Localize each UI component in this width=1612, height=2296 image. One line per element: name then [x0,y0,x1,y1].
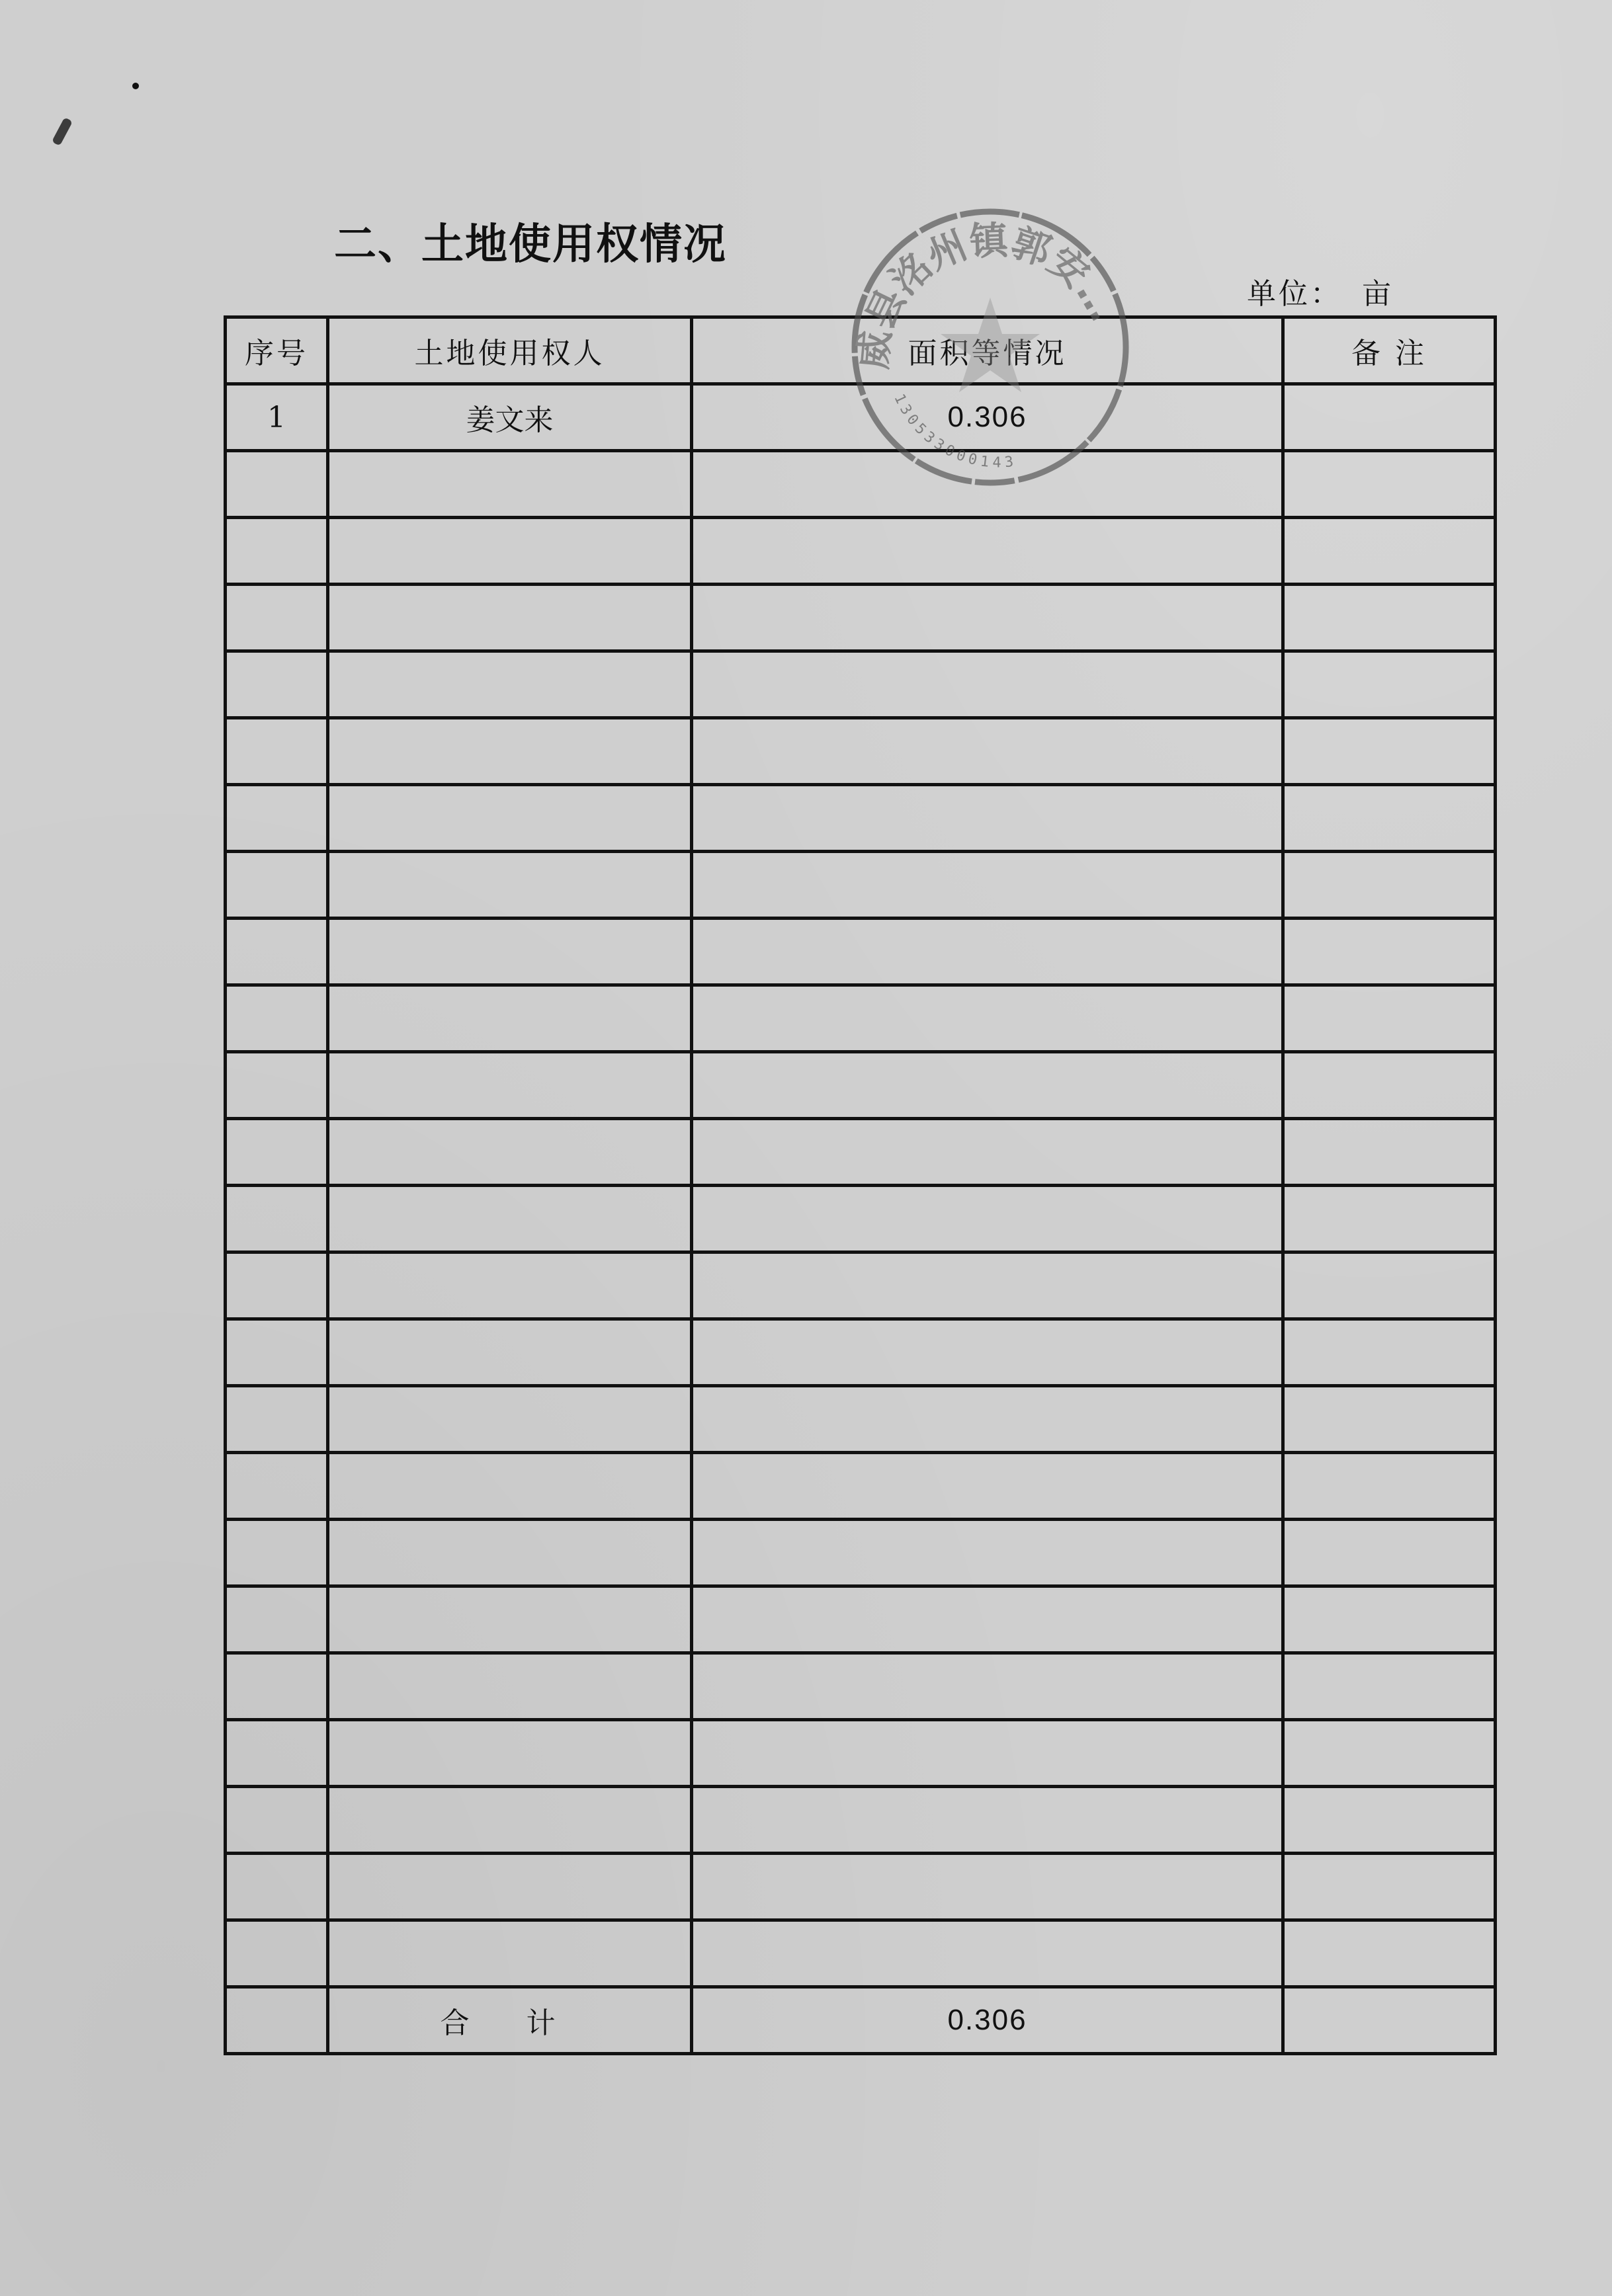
cell-holder [328,585,692,651]
cell-remark [1283,651,1496,718]
cell-index [226,1119,328,1186]
cell-area [692,451,1283,518]
cell-holder [328,1386,692,1453]
cell-holder [328,718,692,785]
cell-area [692,1720,1283,1787]
cell-index [226,1987,328,2054]
table-row-empty [226,1186,1496,1252]
header-remark: 备 注 [1283,317,1496,384]
cell-index: 1 [226,384,328,451]
cell-remark [1283,718,1496,785]
cell-area [692,1520,1283,1586]
cell-index [226,1586,328,1653]
cell-remark [1283,1586,1496,1653]
table-row-empty [226,518,1496,585]
table-row-empty [226,1453,1496,1520]
land-use-table: 序号 土地使用权人 面积等情况 备 注 1 姜文来 0.306 合 计 0.30… [224,315,1494,2051]
cell-holder [328,1787,692,1854]
pen-mark [52,117,73,146]
cell-area [692,718,1283,785]
cell-area [692,1920,1283,1987]
table-row-empty [226,1653,1496,1720]
table-row-empty [226,1119,1496,1186]
table-row-empty [226,1586,1496,1653]
cell-index [226,1787,328,1854]
cell-holder [328,518,692,585]
cell-area [692,1052,1283,1119]
cell-index [226,1854,328,1920]
table-row-empty [226,1720,1496,1787]
cell-area [692,1119,1283,1186]
unit-label-text: 单位： [1247,277,1342,311]
cell-remark [1283,451,1496,518]
cell-index [226,1920,328,1987]
table-row-empty [226,1252,1496,1319]
cell-index [226,718,328,785]
cell-area [692,651,1283,718]
cell-remark [1283,1653,1496,1720]
table-row-empty [226,1052,1496,1119]
cell-holder [328,1586,692,1653]
table-total-row: 合 计 0.306 [226,1987,1496,2054]
cell-index [226,651,328,718]
cell-holder [328,1653,692,1720]
cell-holder [328,1520,692,1586]
total-remark [1283,1987,1496,2054]
table-row-empty [226,451,1496,518]
table-row-empty [226,852,1496,919]
table-row-empty [226,785,1496,852]
cell-remark [1283,1520,1496,1586]
cell-area [692,1854,1283,1920]
total-area: 0.306 [692,1987,1283,2054]
page-title: 二、土地使用权情况 [334,210,727,271]
cell-holder [328,1319,692,1386]
cell-remark [1283,585,1496,651]
cell-remark [1283,1453,1496,1520]
cell-index [226,785,328,852]
cell-holder [328,919,692,985]
cell-holder [328,1720,692,1787]
cell-index [226,919,328,985]
cell-holder [328,451,692,518]
header-area: 面积等情况 [692,317,1283,384]
cell-remark [1283,919,1496,985]
table-row-empty [226,585,1496,651]
cell-area [692,1653,1283,1720]
cell-area [692,785,1283,852]
table-row: 1 姜文来 0.306 [226,384,1496,451]
cell-index [226,1386,328,1453]
table: 序号 土地使用权人 面积等情况 备 注 1 姜文来 0.306 合 计 0.30… [224,315,1497,2055]
table-row-empty [226,919,1496,985]
header-holder: 土地使用权人 [328,317,692,384]
cell-area [692,919,1283,985]
cell-holder [328,852,692,919]
cell-area [692,585,1283,651]
cell-index [226,451,328,518]
cell-index [226,1186,328,1252]
cell-area [692,1586,1283,1653]
table-row-empty [226,651,1496,718]
cell-remark [1283,1787,1496,1854]
cell-remark [1283,785,1496,852]
cell-holder [328,1186,692,1252]
cell-remark [1283,1386,1496,1453]
cell-holder [328,1119,692,1186]
unit-value: 亩 [1362,277,1394,311]
ink-dot [132,83,139,89]
cell-remark [1283,1854,1496,1920]
total-label: 合 计 [328,1987,692,2054]
cell-area: 0.306 [692,384,1283,451]
table-row-empty [226,1520,1496,1586]
cell-index [226,585,328,651]
table-header-row: 序号 土地使用权人 面积等情况 备 注 [226,317,1496,384]
cell-holder: 姜文来 [328,384,692,451]
cell-area [692,518,1283,585]
cell-index [226,1319,328,1386]
cell-holder [328,985,692,1052]
cell-remark [1283,1252,1496,1319]
table-row-empty [226,1386,1496,1453]
header-index: 序号 [226,317,328,384]
cell-index [226,1252,328,1319]
table-row-empty [226,1319,1496,1386]
table-row-empty [226,718,1496,785]
cell-area [692,852,1283,919]
table-row-empty [226,1920,1496,1987]
cell-holder [328,1854,692,1920]
table-row-empty [226,985,1496,1052]
cell-holder [328,1252,692,1319]
cell-area [692,1787,1283,1854]
cell-index [226,1453,328,1520]
cell-remark [1283,518,1496,585]
cell-remark [1283,1920,1496,1987]
cell-area [692,1252,1283,1319]
cell-remark [1283,384,1496,451]
cell-area [692,1186,1283,1252]
cell-index [226,1520,328,1586]
cell-index [226,1052,328,1119]
cell-remark [1283,1319,1496,1386]
cell-remark [1283,1052,1496,1119]
cell-index [226,1653,328,1720]
cell-remark [1283,985,1496,1052]
cell-holder [328,1052,692,1119]
table-row-empty [226,1854,1496,1920]
cell-index [226,1720,328,1787]
unit-label: 单位：亩 [1247,270,1394,312]
cell-index [226,985,328,1052]
cell-area [692,985,1283,1052]
cell-index [226,518,328,585]
cell-area [692,1453,1283,1520]
cell-holder [328,1453,692,1520]
cell-area [692,1319,1283,1386]
cell-remark [1283,1119,1496,1186]
table-row-empty [226,1787,1496,1854]
cell-index [226,852,328,919]
cell-holder [328,785,692,852]
cell-holder [328,1920,692,1987]
cell-remark [1283,852,1496,919]
cell-remark [1283,1720,1496,1787]
cell-remark [1283,1186,1496,1252]
cell-holder [328,651,692,718]
cell-area [692,1386,1283,1453]
